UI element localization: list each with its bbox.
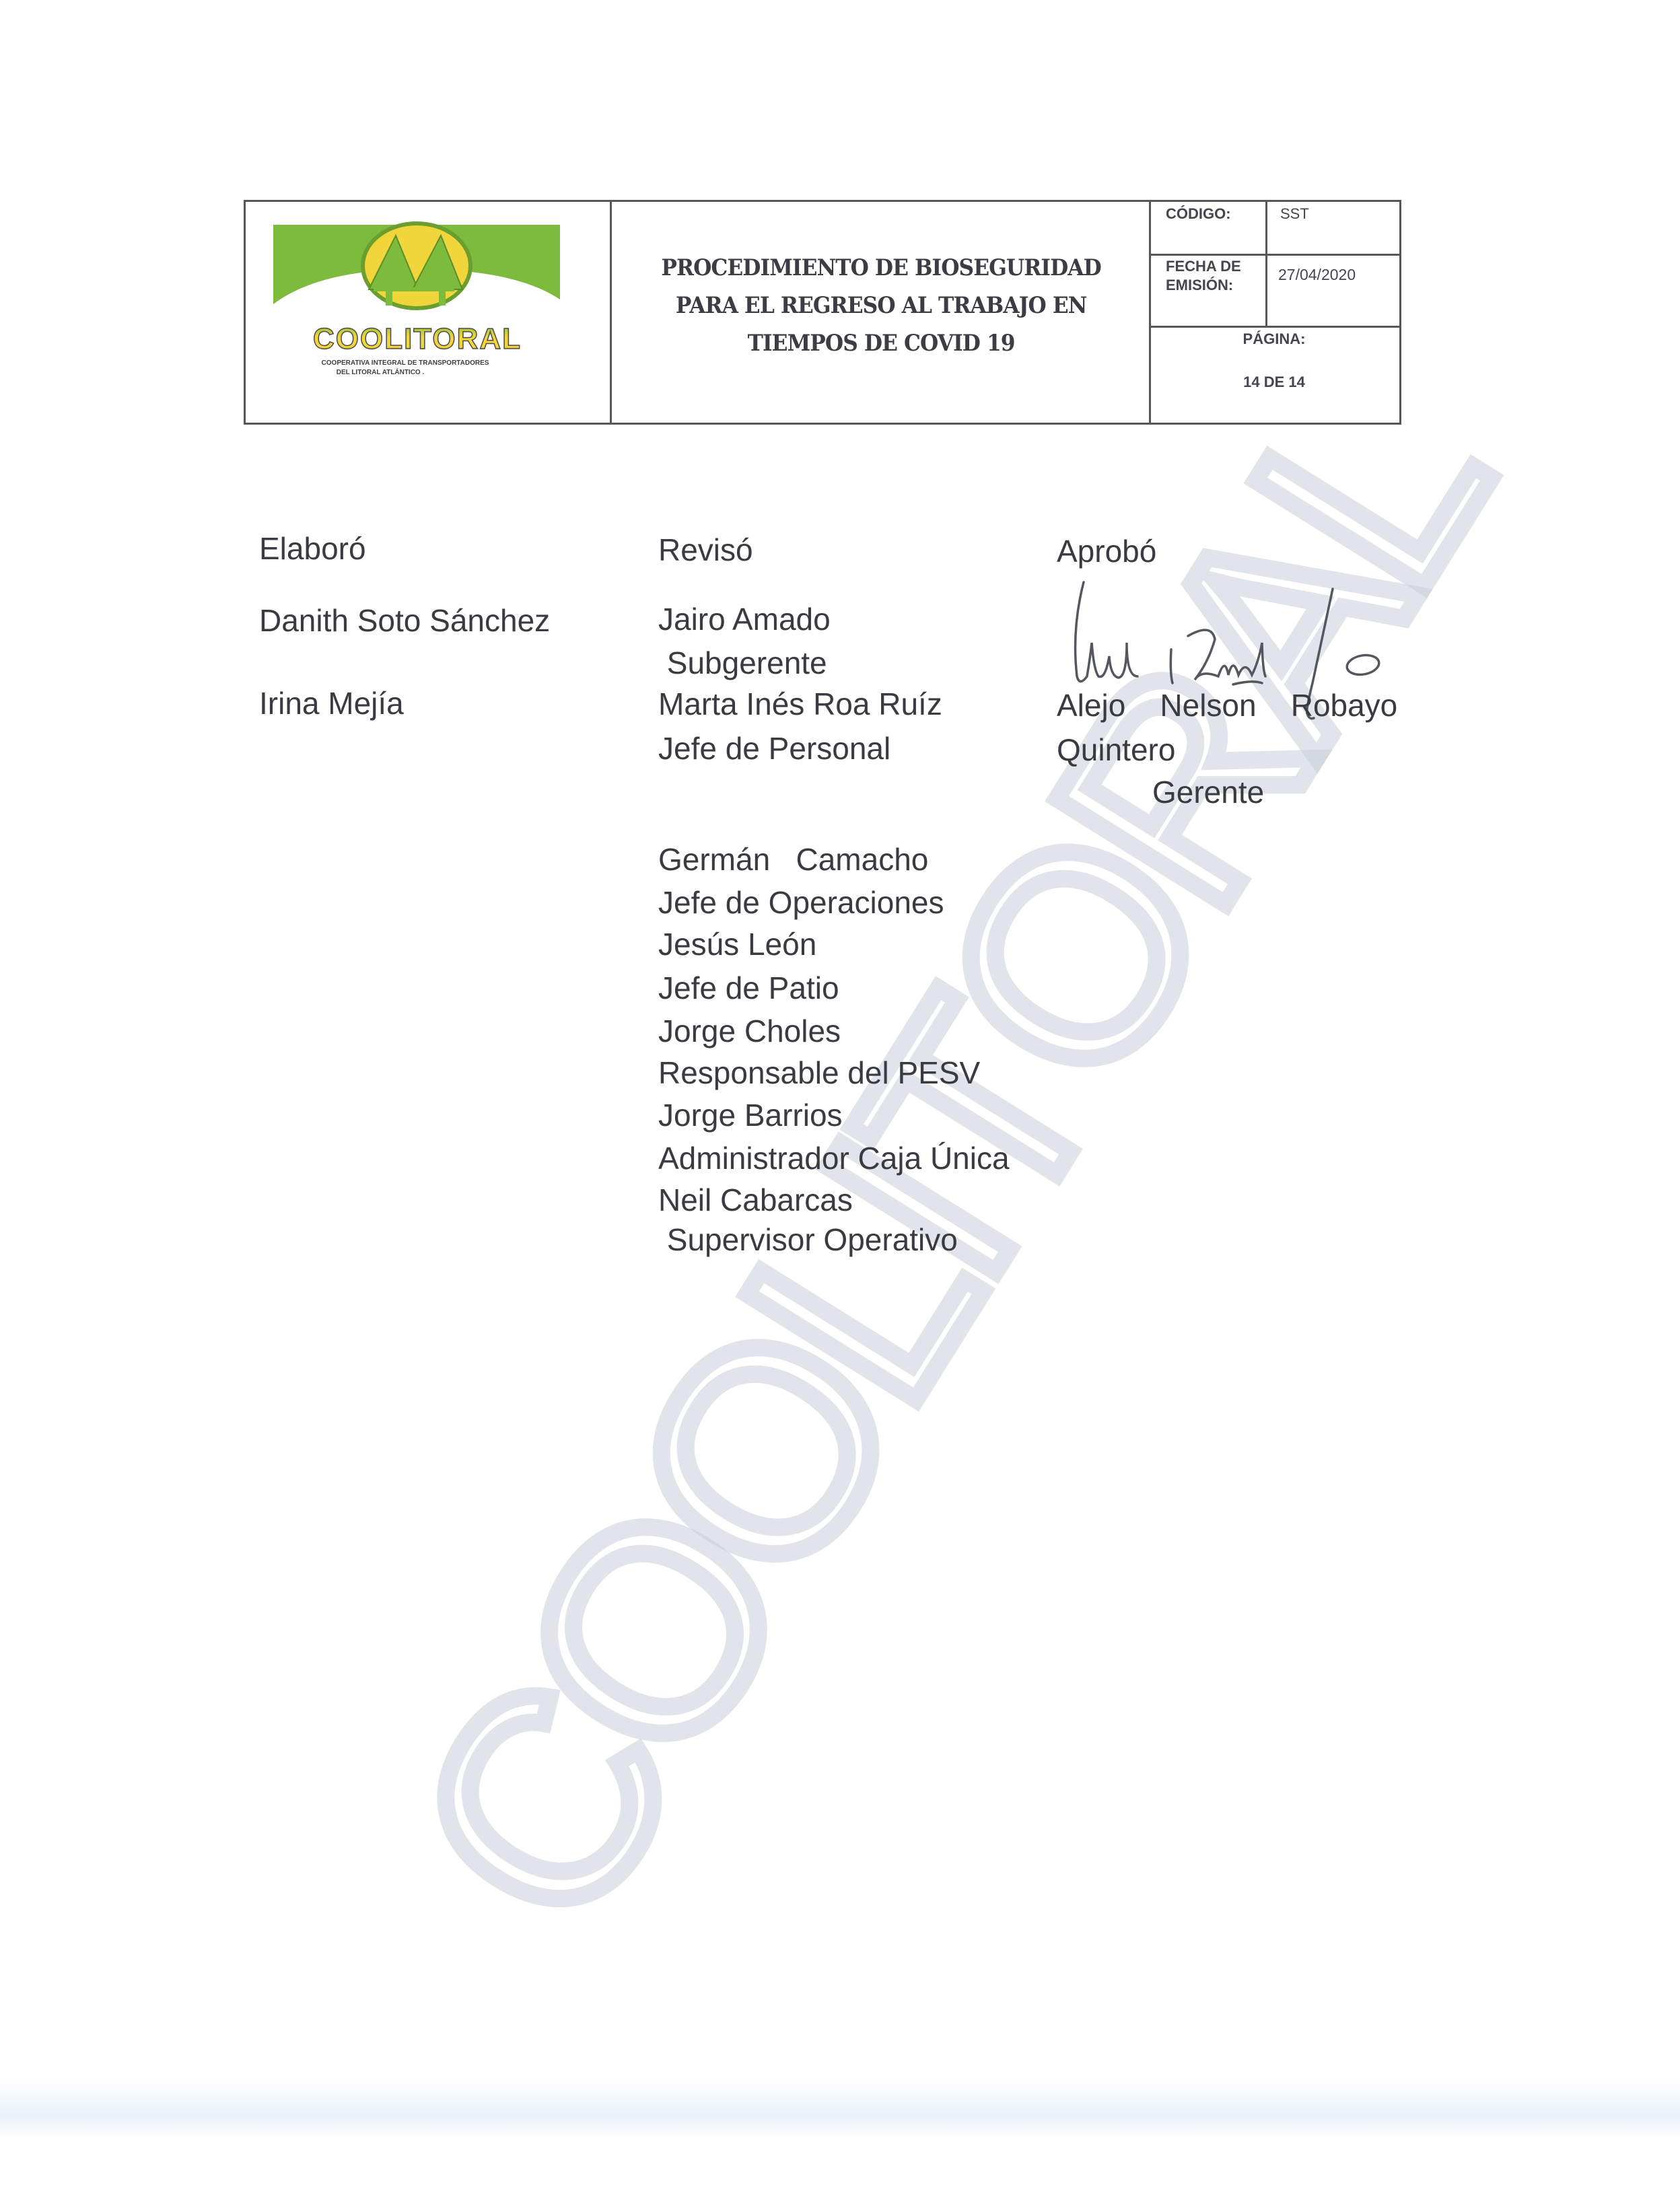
divider	[1265, 202, 1267, 328]
pagina-value: 14 DE 14	[1149, 373, 1399, 392]
aprobo-heading: Aprobó	[1057, 533, 1156, 569]
reviso-role: Administrador Caja Única	[658, 1140, 1010, 1176]
fecha-label: EMISIÓN:	[1166, 276, 1233, 295]
scan-artifact-band	[0, 2079, 1680, 2140]
reviso-role: Jefe de Patio	[658, 970, 839, 1006]
title-line: PARA EL REGRESO AL TRABAJO EN	[661, 287, 1100, 324]
document-title: PROCEDIMIENTO DE BIOSEGURIDAD PARA EL RE…	[612, 202, 1150, 423]
elaboro-name: Irina Mejía	[259, 685, 404, 721]
reviso-role: Jefe de Operaciones	[658, 884, 944, 921]
reviso-name: Jorge Choles	[658, 1013, 841, 1049]
elaboro-name: Danith Soto Sánchez	[259, 602, 550, 639]
elaboro-heading: Elaboró	[259, 530, 366, 567]
pagina-label: PÁGINA:	[1149, 330, 1399, 349]
codigo-label: CÓDIGO:	[1166, 205, 1231, 223]
aprobo-name: Quintero	[1057, 732, 1175, 768]
divider	[1149, 254, 1399, 256]
svg-text:COOPERATIVA INTEGRAL DE TRANSP: COOPERATIVA INTEGRAL DE TRANSPORTADORES	[322, 359, 489, 367]
reviso-name: Germán Camacho	[658, 841, 928, 878]
title-line: TIEMPOS DE COVID 19	[661, 324, 1100, 362]
reviso-role: Jefe de Personal	[658, 730, 890, 767]
reviso-role: Supervisor Operativo	[658, 1221, 958, 1258]
document-header-table: COOLITORAL COOPERATIVA INTEGRAL DE TRANS…	[244, 200, 1401, 425]
title-line: PROCEDIMIENTO DE BIOSEGURIDAD	[661, 249, 1100, 287]
reviso-name: Jesús León	[658, 926, 816, 962]
svg-text:COOLITORAL: COOLITORAL	[313, 322, 522, 355]
fecha-value: 27/04/2020	[1278, 265, 1356, 284]
reviso-name: Neil Cabarcas	[658, 1182, 853, 1218]
svg-text:DEL LITORAL ATLÁNTICO .: DEL LITORAL ATLÁNTICO .	[337, 367, 425, 376]
coolitoral-logo-icon: COOLITORAL COOPERATIVA INTEGRAL DE TRANS…	[246, 202, 610, 423]
reviso-heading: Revisó	[658, 532, 753, 568]
aprobo-role: Gerente	[1152, 774, 1264, 810]
aprobo-name: Alejo Nelson Robayo	[1057, 687, 1397, 723]
company-logo: COOLITORAL COOPERATIVA INTEGRAL DE TRANS…	[246, 202, 610, 423]
reviso-name: Jorge Barrios	[658, 1097, 843, 1133]
reviso-name: Marta Inés Roa Ruíz	[658, 686, 942, 722]
reviso-name: Jairo Amado	[658, 601, 831, 637]
codigo-value: SST	[1280, 205, 1309, 223]
reviso-role: Subgerente	[658, 645, 827, 681]
reviso-role: Responsable del PESV	[658, 1055, 980, 1091]
divider	[1149, 326, 1399, 328]
fecha-label: FECHA DE	[1166, 257, 1241, 276]
